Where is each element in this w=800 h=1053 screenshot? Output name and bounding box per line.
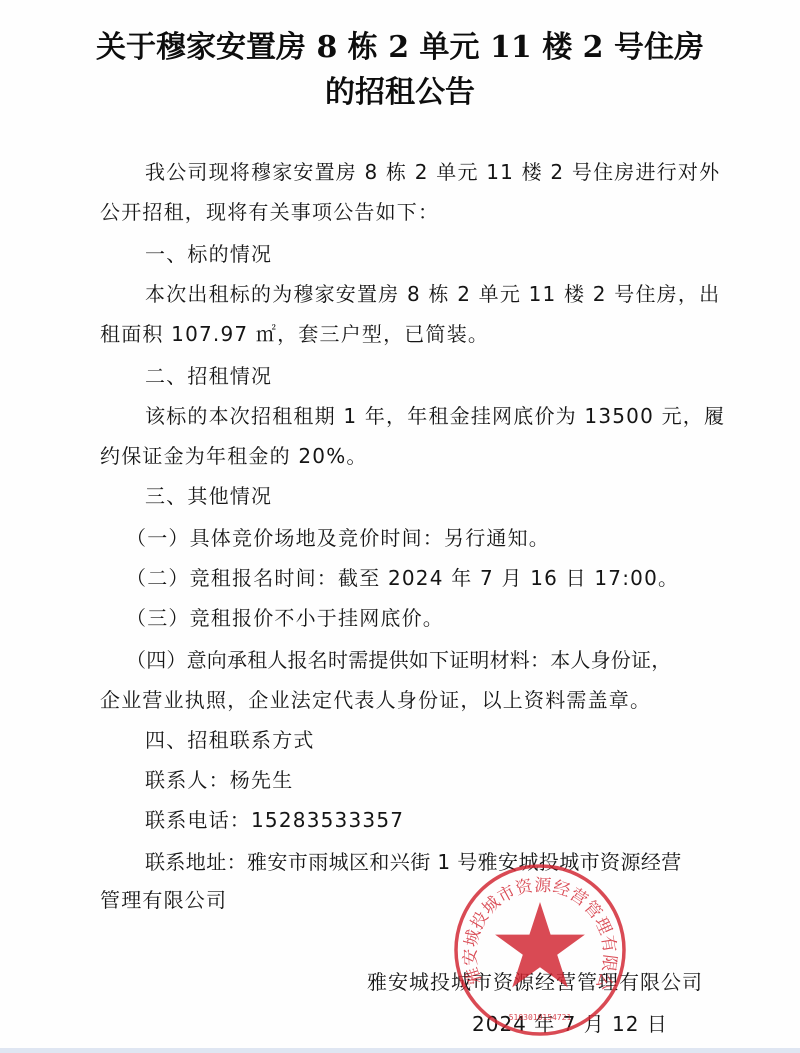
subject-body-line-1: 本次出租标的为穆家安置房 8 栋 2 单元 11 楼 2 号住房，出 — [145, 282, 720, 306]
subject-body-line-2: 租面积 107.97 ㎡，套三户型，已简装。 — [100, 322, 489, 346]
other-item-4-line-1: （四）意向承租人报名时需提供如下证明材料：本人身份证， — [126, 648, 671, 672]
contact-person: 联系人：杨先生 — [145, 768, 293, 792]
intro-line-2: 公开招租，现将有关事项公告如下： — [100, 200, 439, 224]
other-item-3: （三）竞租报价不小于挂网底价。 — [126, 606, 444, 630]
document-title-line-1: 关于穆家安置房 8 栋 2 单元 11 楼 2 号住房 — [0, 22, 800, 66]
other-item-1: （一）具体竞价场地及竞价时间：另行通知。 — [126, 526, 550, 550]
contact-address-line-2: 管理有限公司 — [100, 888, 227, 912]
star-icon — [495, 902, 585, 987]
section-heading-other: 三、其他情况 — [145, 484, 272, 508]
other-item-2: （二）竞租报名时间：截至 2024 年 7 月 16 日 17:00。 — [126, 566, 679, 590]
official-seal-stamp: 雅安城投城市资源经营管理有限公司 5103010154721 — [452, 862, 628, 1038]
section-heading-leasing: 二、招租情况 — [145, 364, 272, 388]
intro-line-1: 我公司现将穆家安置房 8 栋 2 单元 11 楼 2 号住房进行对外 — [145, 160, 720, 184]
section-heading-contact: 四、招租联系方式 — [145, 728, 315, 752]
scan-bottom-edge — [0, 1048, 800, 1053]
svg-text:5103010154721: 5103010154721 — [509, 1013, 572, 1022]
document-page: 关于穆家安置房 8 栋 2 单元 11 楼 2 号住房 的招租公告 我公司现将穆… — [0, 0, 800, 1053]
contact-phone: 联系电话：15283533357 — [145, 808, 404, 832]
other-item-4-line-2: 企业营业执照，企业法定代表人身份证，以上资料需盖章。 — [100, 688, 651, 712]
leasing-body-line-1: 该标的本次招租租期 1 年，年租金挂网底价为 13500 元，履 — [145, 404, 725, 428]
leasing-body-line-2: 约保证金为年租金的 20%。 — [100, 444, 368, 468]
document-title-line-2: 的招租公告 — [0, 67, 800, 111]
section-heading-subject: 一、标的情况 — [145, 242, 272, 266]
